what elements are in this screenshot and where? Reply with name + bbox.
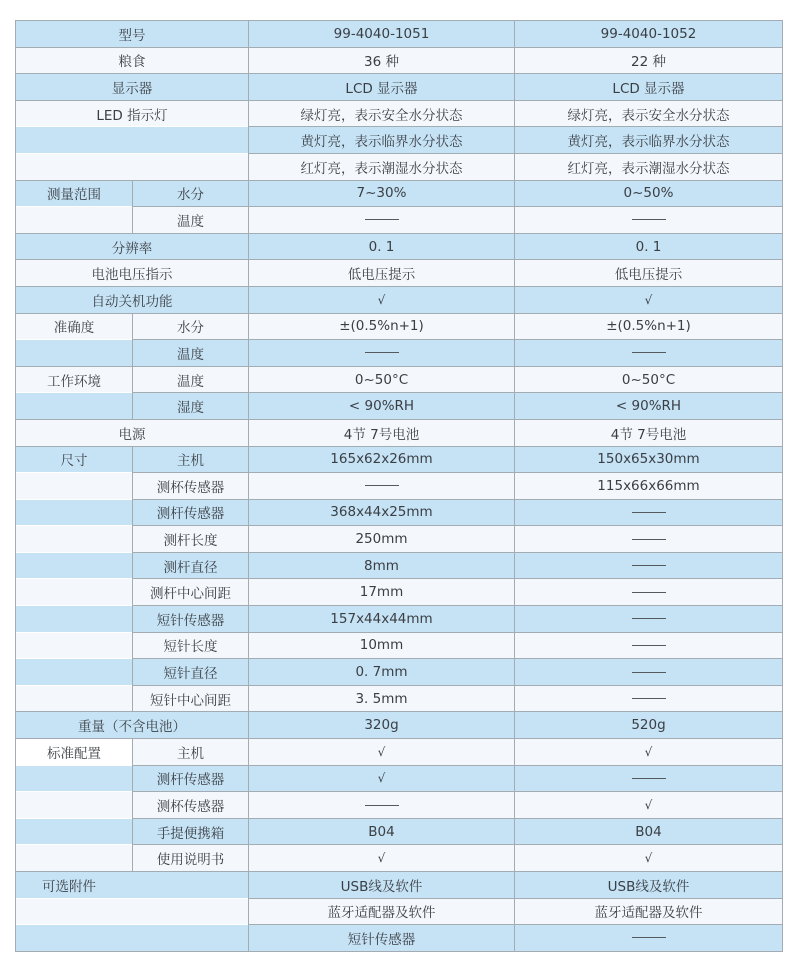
dash-placeholder — [632, 352, 666, 353]
group-label: 测量范围 — [16, 180, 133, 207]
check-icon: √ — [515, 286, 783, 313]
cell-1052: 0. 1 — [515, 233, 783, 260]
table-row-range-temperature: 温度 — [16, 207, 783, 234]
group-label: 准确度 — [16, 313, 133, 340]
cell-1052 — [515, 207, 783, 234]
dash-placeholder — [632, 565, 666, 566]
dash-placeholder — [632, 618, 666, 619]
table-row-size-cup-sensor: 测杯传感器 115x66x66mm — [16, 473, 783, 500]
cell-1051 — [249, 207, 515, 234]
sub-label: 主机 — [133, 739, 249, 766]
row-label: 自动关机功能 — [16, 286, 249, 313]
row-label: 粮食 — [16, 47, 249, 74]
cell-1052 — [515, 606, 783, 633]
row-label — [16, 153, 249, 180]
cell-1051: 8mm — [249, 552, 515, 579]
row-label: 电源 — [16, 419, 249, 446]
table-row-size-pin-sensor: 短针传感器 157x44x44mm — [16, 606, 783, 633]
sub-label: 短针直径 — [133, 659, 249, 686]
group-label — [16, 499, 133, 526]
cell-1052: 99-4040-1052 — [515, 21, 783, 48]
cell-1051: 320g — [249, 712, 515, 739]
cell-1051: 短针传感器 — [249, 925, 515, 952]
cell-1051: USB线及软件 — [249, 872, 515, 899]
cell-1052 — [515, 579, 783, 606]
dash-placeholder — [632, 512, 666, 513]
cell-1051 — [249, 792, 515, 819]
cell-1051: 绿灯亮，表示安全水分状态 — [249, 100, 515, 127]
table-row-std-main: 标准配置 主机 √ √ — [16, 739, 783, 766]
cell-1052: 黄灯亮，表示临界水分状态 — [515, 127, 783, 154]
cell-1052: 红灯亮，表示潮湿水分状态 — [515, 153, 783, 180]
cell-1051: 3. 5mm — [249, 685, 515, 712]
cell-1051: 4节 7号电池 — [249, 419, 515, 446]
sub-label: 短针中心间距 — [133, 685, 249, 712]
cell-1051 — [249, 473, 515, 500]
cell-1051 — [249, 340, 515, 367]
cell-1052: 520g — [515, 712, 783, 739]
sub-label: 温度 — [133, 366, 249, 393]
table-row-size-main: 尺寸 主机 165x62x26mm 150x65x30mm — [16, 446, 783, 473]
cell-1051: 红灯亮，表示潮湿水分状态 — [249, 153, 515, 180]
cell-1051: 157x44x44mm — [249, 606, 515, 633]
table-row-std-cup-sensor: 测杯传感器 √ — [16, 792, 783, 819]
sub-label: 水分 — [133, 180, 249, 207]
sub-label: 温度 — [133, 340, 249, 367]
cell-1052: LCD 显示器 — [515, 74, 783, 101]
table-row-size-rod-length: 测杆长度 250mm — [16, 526, 783, 553]
dash-placeholder — [365, 219, 399, 220]
check-icon: √ — [249, 765, 515, 792]
cell-1051: B04 — [249, 818, 515, 845]
sub-label: 湿度 — [133, 393, 249, 420]
group-label — [16, 393, 133, 420]
dash-placeholder — [632, 592, 666, 593]
dash-placeholder — [632, 937, 666, 938]
group-label — [16, 925, 249, 952]
row-label: 型号 — [16, 21, 249, 48]
cell-1052: ±(0.5%n+1) — [515, 313, 783, 340]
table-row-accuracy-temperature: 温度 — [16, 340, 783, 367]
cell-1052: B04 — [515, 818, 783, 845]
sub-label: 温度 — [133, 207, 249, 234]
table-row-size-pin-spacing: 短针中心间距 3. 5mm — [16, 685, 783, 712]
cell-1052: < 90%RH — [515, 393, 783, 420]
group-label: 可选附件 — [16, 872, 249, 899]
row-label: 分辨率 — [16, 233, 249, 260]
cell-1051: 368x44x25mm — [249, 499, 515, 526]
cell-1052 — [515, 552, 783, 579]
check-icon: √ — [249, 286, 515, 313]
cell-1051: 0. 1 — [249, 233, 515, 260]
cell-1052 — [515, 340, 783, 367]
cell-1052: 115x66x66mm — [515, 473, 783, 500]
cell-1051: 7~30% — [249, 180, 515, 207]
cell-1052: 0~50°C — [515, 366, 783, 393]
table-row-opt-pin-sensor: 短针传感器 — [16, 925, 783, 952]
cell-1052 — [515, 632, 783, 659]
cell-1052: USB线及软件 — [515, 872, 783, 899]
group-label: 标准配置 — [16, 739, 133, 766]
dash-placeholder — [632, 778, 666, 779]
dash-placeholder — [365, 805, 399, 806]
cell-1052 — [515, 925, 783, 952]
group-label — [16, 473, 133, 500]
table-row-std-manual: 使用说明书 √ √ — [16, 845, 783, 872]
group-label — [16, 632, 133, 659]
dash-placeholder — [365, 485, 399, 486]
cell-1051: 低电压提示 — [249, 260, 515, 287]
group-label — [16, 606, 133, 633]
table-row-auto-off: 自动关机功能 √ √ — [16, 286, 783, 313]
cell-1051: 0. 7mm — [249, 659, 515, 686]
sub-label: 测杆直径 — [133, 552, 249, 579]
cell-1051: 250mm — [249, 526, 515, 553]
group-label — [16, 207, 133, 234]
dash-placeholder — [632, 645, 666, 646]
check-icon: √ — [515, 739, 783, 766]
sub-label: 短针长度 — [133, 632, 249, 659]
table-row-weight: 重量（不含电池） 320g 520g — [16, 712, 783, 739]
cell-1051: 99-4040-1051 — [249, 21, 515, 48]
check-icon: √ — [249, 739, 515, 766]
table-row-power: 电源 4节 7号电池 4节 7号电池 — [16, 419, 783, 446]
cell-1052: 0~50% — [515, 180, 783, 207]
check-icon: √ — [515, 792, 783, 819]
table-row-led-yellow: 黄灯亮，表示临界水分状态 黄灯亮，表示临界水分状态 — [16, 127, 783, 154]
dash-placeholder — [632, 672, 666, 673]
group-label — [16, 659, 133, 686]
group-label: 工作环境 — [16, 366, 133, 393]
cell-1052 — [515, 685, 783, 712]
cell-1052: 22 种 — [515, 47, 783, 74]
cell-1051: ±(0.5%n+1) — [249, 313, 515, 340]
cell-1052: 低电压提示 — [515, 260, 783, 287]
check-icon: √ — [249, 845, 515, 872]
table-row-accuracy-moisture: 准确度 水分 ±(0.5%n+1) ±(0.5%n+1) — [16, 313, 783, 340]
group-label — [16, 792, 133, 819]
table-row-display: 显示器 LCD 显示器 LCD 显示器 — [16, 74, 783, 101]
table-row-battery-indicator: 电池电压指示 低电压提示 低电压提示 — [16, 260, 783, 287]
table-row-opt-bluetooth: 蓝牙适配器及软件 蓝牙适配器及软件 — [16, 898, 783, 925]
cell-1051: LCD 显示器 — [249, 74, 515, 101]
check-icon: √ — [515, 845, 783, 872]
cell-1051: 36 种 — [249, 47, 515, 74]
cell-1052 — [515, 499, 783, 526]
table-row-size-rod-spacing: 测杆中心间距 17mm — [16, 579, 783, 606]
row-label: 电池电压指示 — [16, 260, 249, 287]
spec-comparison-table: 型号 99-4040-1051 99-4040-1052 粮食 36 种 22 … — [15, 20, 783, 952]
cell-1052: 蓝牙适配器及软件 — [515, 898, 783, 925]
group-label — [16, 765, 133, 792]
sub-label: 主机 — [133, 446, 249, 473]
cell-1051: 黄灯亮，表示临界水分状态 — [249, 127, 515, 154]
cell-1051: < 90%RH — [249, 393, 515, 420]
sub-label: 测杯传感器 — [133, 473, 249, 500]
group-label — [16, 685, 133, 712]
sub-label: 测杆传感器 — [133, 499, 249, 526]
cell-1052: 绿灯亮，表示安全水分状态 — [515, 100, 783, 127]
cell-1051: 蓝牙适配器及软件 — [249, 898, 515, 925]
table-row-led-red: 红灯亮，表示潮湿水分状态 红灯亮，表示潮湿水分状态 — [16, 153, 783, 180]
table-row-led-green: LED 指示灯 绿灯亮，表示安全水分状态 绿灯亮，表示安全水分状态 — [16, 100, 783, 127]
sub-label: 测杆长度 — [133, 526, 249, 553]
cell-1051: 17mm — [249, 579, 515, 606]
table-row-opt-usb: 可选附件 USB线及软件 USB线及软件 — [16, 872, 783, 899]
table-row-resolution: 分辨率 0. 1 0. 1 — [16, 233, 783, 260]
cell-1052: 150x65x30mm — [515, 446, 783, 473]
group-label — [16, 898, 249, 925]
sub-label: 短针传感器 — [133, 606, 249, 633]
table-row-std-rod-sensor: 测杆传感器 √ — [16, 765, 783, 792]
sub-label: 水分 — [133, 313, 249, 340]
cell-1051: 165x62x26mm — [249, 446, 515, 473]
cell-1052 — [515, 765, 783, 792]
dash-placeholder — [632, 698, 666, 699]
sub-label: 测杆传感器 — [133, 765, 249, 792]
table-row-grain: 粮食 36 种 22 种 — [16, 47, 783, 74]
table-row-env-temperature: 工作环境 温度 0~50°C 0~50°C — [16, 366, 783, 393]
dash-placeholder — [632, 539, 666, 540]
table-row-range-moisture: 测量范围 水分 7~30% 0~50% — [16, 180, 783, 207]
table-row-env-humidity: 湿度 < 90%RH < 90%RH — [16, 393, 783, 420]
sub-label: 使用说明书 — [133, 845, 249, 872]
sub-label: 测杯传感器 — [133, 792, 249, 819]
cell-1051: 10mm — [249, 632, 515, 659]
table-row-size-rod-sensor: 测杆传感器 368x44x25mm — [16, 499, 783, 526]
group-label — [16, 552, 133, 579]
row-label: 重量（不含电池） — [16, 712, 249, 739]
cell-1052 — [515, 526, 783, 553]
table-row-size-pin-length: 短针长度 10mm — [16, 632, 783, 659]
row-label: 显示器 — [16, 74, 249, 101]
group-label — [16, 845, 133, 872]
dash-placeholder — [365, 352, 399, 353]
sub-label: 手提便携箱 — [133, 818, 249, 845]
group-label — [16, 526, 133, 553]
cell-1051: 0~50°C — [249, 366, 515, 393]
cell-1052 — [515, 659, 783, 686]
table-row-std-case: 手提便携箱 B04 B04 — [16, 818, 783, 845]
table-row-model: 型号 99-4040-1051 99-4040-1052 — [16, 21, 783, 48]
group-label — [16, 340, 133, 367]
sub-label: 测杆中心间距 — [133, 579, 249, 606]
group-label — [16, 579, 133, 606]
table-row-size-pin-diameter: 短针直径 0. 7mm — [16, 659, 783, 686]
cell-1052: 4节 7号电池 — [515, 419, 783, 446]
table-row-size-rod-diameter: 测杆直径 8mm — [16, 552, 783, 579]
row-label: LED 指示灯 — [16, 100, 249, 127]
group-label — [16, 818, 133, 845]
row-label — [16, 127, 249, 154]
group-label: 尺寸 — [16, 446, 133, 473]
dash-placeholder — [632, 219, 666, 220]
